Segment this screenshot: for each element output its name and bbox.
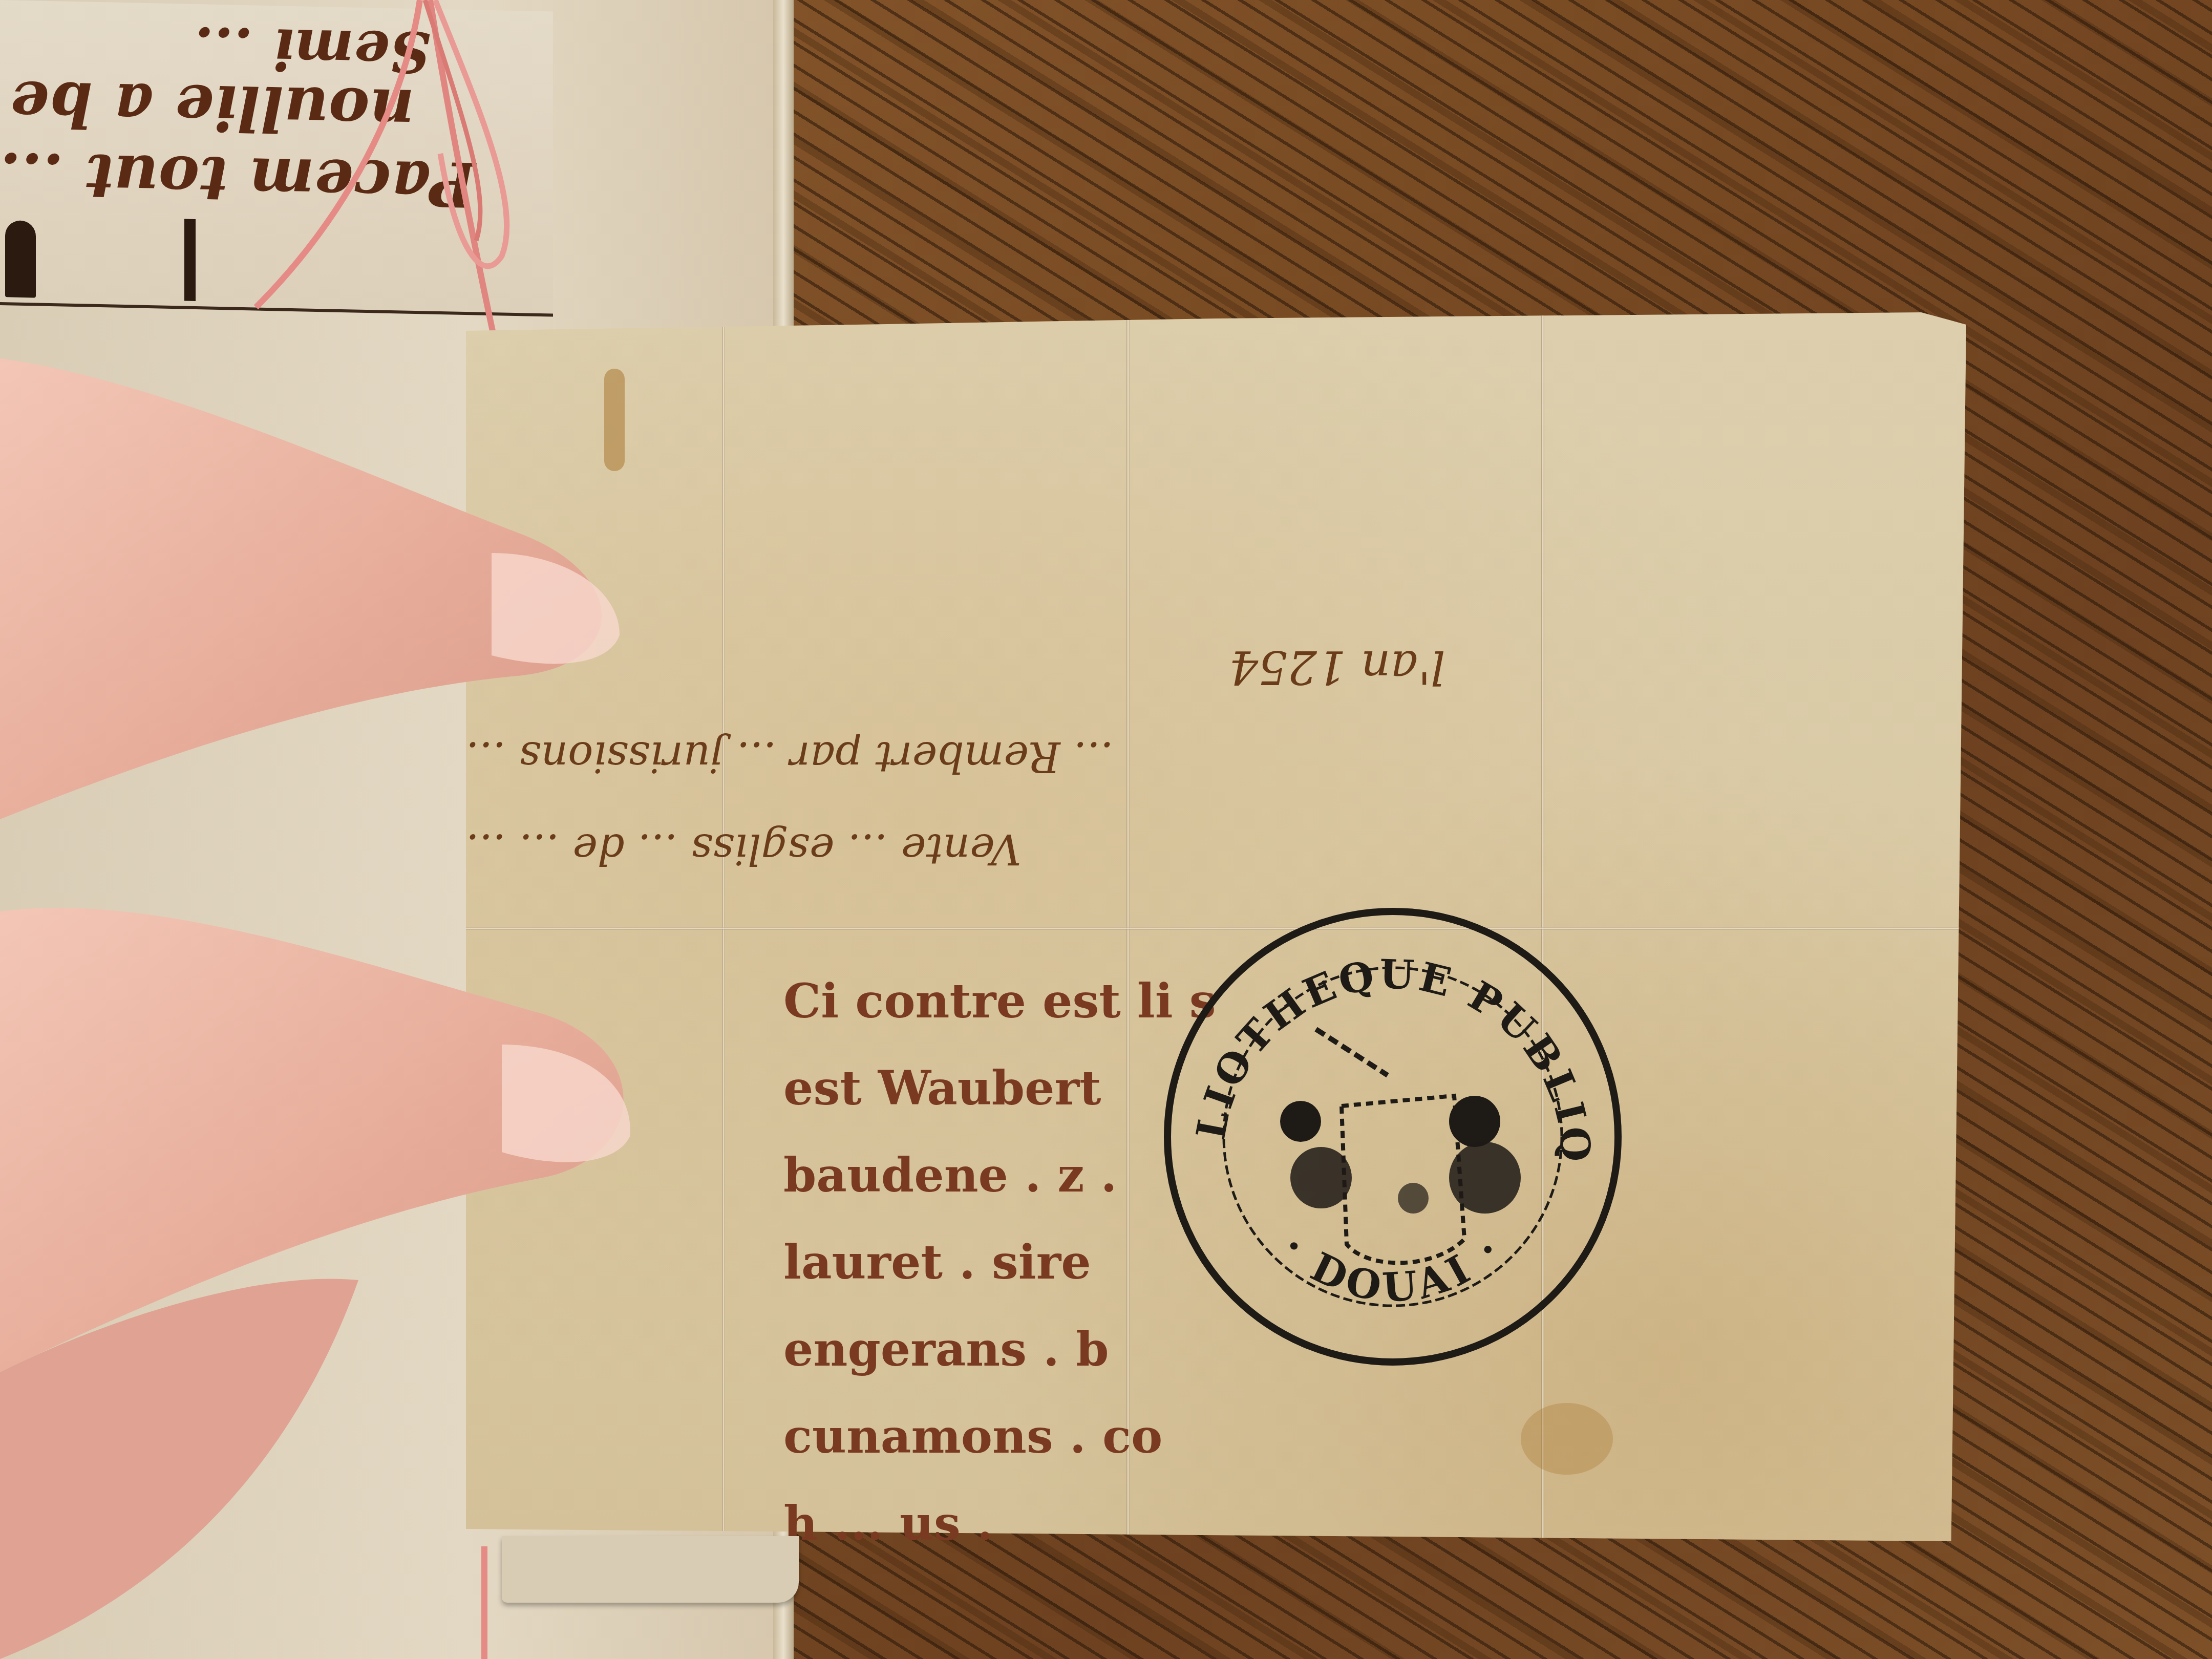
initial-letter-stroke <box>5 220 36 297</box>
endorsement-line: cunamons . co <box>783 1393 1216 1480</box>
stamp-bottom-text: · DOUAI · <box>1272 1225 1513 1311</box>
library-stamp: BIBLIOTHEQUE PUBLIQUE · DOUAI · <box>1147 891 1639 1382</box>
inverted-date-note: l'an 1254 <box>1229 640 1445 694</box>
coat-of-arms-icon <box>1280 1029 1521 1263</box>
endorsement-line: h ... us . <box>783 1480 1216 1567</box>
svg-text:BIBLIOTHEQUE PUBLIQUE: BIBLIOTHEQUE PUBLIQUE <box>1147 891 1600 1166</box>
wood-table-background: Semi ... noullie a be Pacem tout ... l'a… <box>0 0 2212 1659</box>
fingernail <box>492 553 620 664</box>
svg-text:· DOUAI ·: · DOUAI · <box>1272 1225 1513 1311</box>
stamp-top-text: BIBLIOTHEQUE PUBLIQUE <box>1147 891 1600 1166</box>
stain <box>1521 1403 1613 1475</box>
ascender-stroke <box>184 219 196 301</box>
hand-holding-charter <box>0 348 666 1659</box>
